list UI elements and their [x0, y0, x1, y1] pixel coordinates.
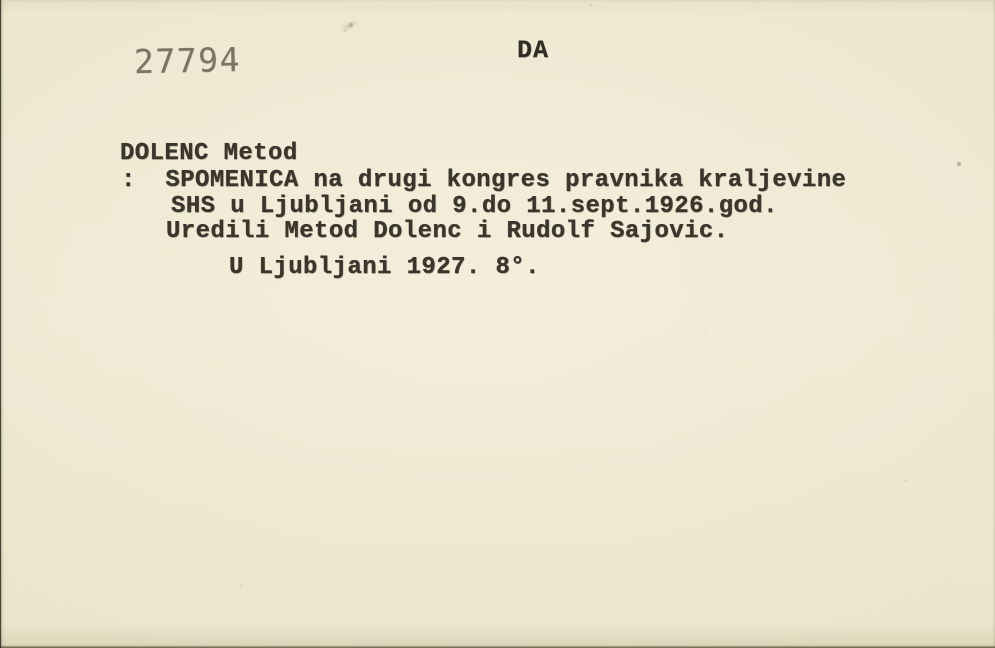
header-code: DA — [517, 38, 549, 64]
paper-speckles — [0, 0, 2, 2]
catalog-card: 27794 DA DOLENC Metod : SPOMENICA na dru… — [0, 0, 995, 648]
scan-vignette — [0, 0, 995, 648]
title-line-1: : SPOMENICA na drugi kongres pravnika kr… — [121, 169, 846, 193]
imprint-line: U Ljubljani 1927. 8°. — [229, 256, 540, 280]
author-heading: DOLENC Metod — [120, 142, 298, 166]
paper-smudge — [334, 13, 365, 40]
title-line-3: Uredili Metod Dolenc i Rudolf Sajovic. — [166, 220, 729, 244]
accession-number: 27794 — [134, 43, 242, 79]
title-line-2: SHS u Ljubljani od 9.do 11.sept.1926.god… — [171, 195, 778, 219]
